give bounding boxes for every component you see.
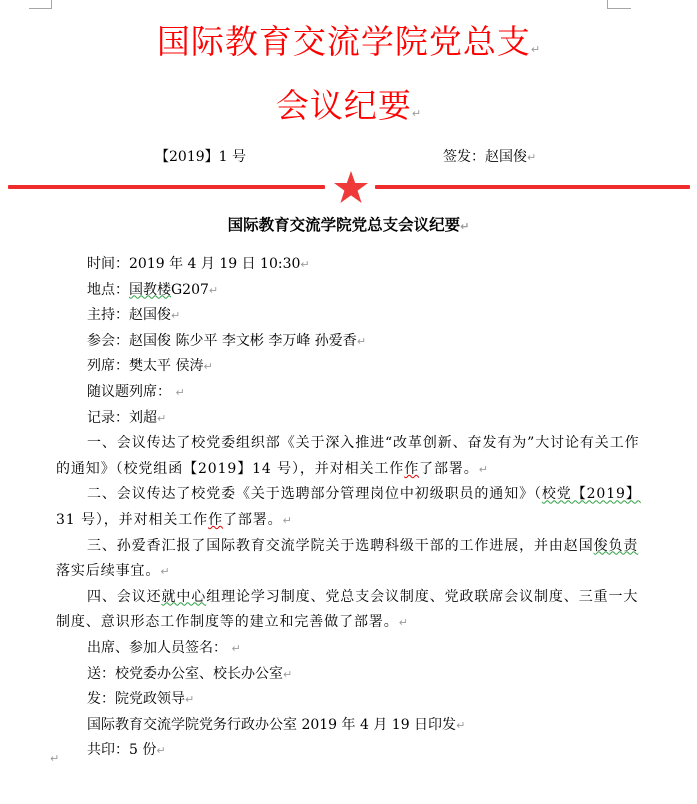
issuer: 签发：赵国俊↵ (443, 147, 536, 168)
page-corner-mark-left (29, 0, 52, 9)
paragraph-mark-icon: ↵ (203, 360, 212, 373)
item1-text-end: 了部署。 (419, 461, 479, 477)
item2-text-end: 了部署。 (223, 512, 283, 528)
red-rule-left (8, 185, 325, 189)
issuer-label: 签发： (443, 149, 485, 165)
paragraph-mark-icon: ↵ (171, 309, 180, 322)
paragraph-mark-icon: ↵ (357, 335, 366, 348)
paragraph-mark-icon: ↵ (283, 514, 292, 527)
meta-attendees: 参会：赵国俊 陈少平 李文彬 李万峰 孙爱香↵ (56, 329, 646, 355)
send-to-line: 送：校党委办公室、校长办公室↵ (56, 662, 646, 688)
item2-flagged-text: 校党【2019】 (542, 486, 641, 502)
item4-text: 四、会议还 (87, 589, 162, 605)
subtitle-text: 国际教育交流学院党总支会议纪要 (228, 215, 461, 234)
paragraph-mark-icon: ↵ (300, 258, 309, 271)
copies-line: 共印：5 份↵ (56, 738, 646, 764)
recorder-label: 记录： (87, 410, 129, 426)
document-number-row: 【2019】1 号 签发：赵国俊↵ (0, 147, 697, 167)
paragraph-mark-icon: ↵ (175, 386, 184, 399)
place-label: 地点： (87, 282, 129, 298)
issuer-name: 赵国俊 (485, 149, 527, 165)
distribute-line: 发：院党政领导↵ (56, 687, 646, 713)
paragraph-mark-icon: ↵ (209, 284, 218, 297)
paragraph-mark-icon: ↵ (527, 151, 536, 164)
topic-observers-label: 随议题列席： (87, 384, 171, 400)
paragraph-mark-icon: ↵ (50, 752, 59, 765)
paragraph-mark-icon: ↵ (157, 412, 166, 425)
issued-by-text: 国际教育交流学院党务行政办公室 2019 年 4 月 19 日印发 (87, 717, 456, 733)
host-value: 赵国俊 (129, 307, 171, 323)
paragraph-mark-icon: ↵ (456, 719, 465, 732)
distribute-text: 发：院党政领导 (87, 691, 185, 707)
place-value-building: 国教楼 (129, 282, 171, 298)
item2-text-mid: 31 号），并对相关工作 (56, 512, 208, 528)
issued-by-line: 国际教育交流学院党务行政办公室 2019 年 4 月 19 日印发↵ (56, 713, 646, 739)
paragraph-mark-icon: ↵ (231, 642, 240, 655)
meta-topic-observers: 随议题列席： ↵ (56, 380, 646, 406)
item2-flagged-text-2: 作 (208, 512, 223, 528)
document-body: 时间：2019 年 4 月 19 日 10:30↵ 地点：国教楼G207↵ 主持… (56, 252, 646, 764)
send-to-text: 送：校党委办公室、校长办公室 (87, 666, 283, 682)
paragraph-mark-icon: ↵ (185, 693, 194, 706)
item4-flagged-text: 就中心 (162, 589, 207, 605)
item1-flagged-text: 作 (404, 461, 419, 477)
paragraph-mark-icon: ↵ (399, 616, 408, 629)
attendees-value: 赵国俊 陈少平 李文彬 李万峰 孙爱香 (129, 333, 357, 349)
meta-host: 主持：赵国俊↵ (56, 303, 646, 329)
paragraph-mark-icon: ↵ (156, 744, 165, 757)
agenda-item-4: 四、会议还就中心组理论学习制度、党总支会议制度、党政联席会议制度、三重一大制度、… (56, 585, 646, 636)
item3-flagged-text: 俊负责 (594, 538, 639, 554)
red-rule-right (375, 185, 690, 189)
copies-text: 共印：5 份 (87, 742, 156, 758)
observers-label: 列席： (87, 358, 129, 374)
host-label: 主持： (87, 307, 129, 323)
signature-label: 出席、参加人员签名： (87, 640, 227, 656)
meta-recorder: 记录：刘超↵ (56, 406, 646, 432)
signature-line: 出席、参加人员签名： ↵ (56, 636, 646, 662)
agenda-item-1: 一、会议传达了校党委组织部《关于深入推进“改革创新、奋发有为”大讨论有关工作的通… (56, 431, 646, 482)
document-number: 【2019】1 号 (155, 147, 246, 167)
title-line1-text: 国际教育交流学院党总支 (157, 22, 531, 61)
document-title-line2: 会议纪要↵ (0, 86, 697, 134)
paragraph-mark-icon: ↵ (160, 565, 169, 578)
agenda-item-2: 二、会议传达了校党委《关于选聘部分管理岗位中初级职员的通知》（校党【2019】3… (56, 482, 646, 533)
place-value-room: G207 (171, 282, 209, 298)
meta-observers: 列席：樊太平 侯涛↵ (56, 354, 646, 380)
minutes-subtitle: 国际教育交流学院党总支会议纪要↵ (0, 214, 697, 238)
paragraph-mark-icon: ↵ (460, 220, 469, 233)
title-line2-text: 会议纪要 (276, 86, 412, 125)
item1-text: 一、会议传达了校党委组织部《关于深入推进“改革创新、奋发有为”大讨论有关工作的通… (56, 435, 640, 477)
recorder-value: 刘超 (129, 410, 157, 426)
item3-text-end: 落实后续事宜。 (56, 563, 160, 579)
meta-time: 时间：2019 年 4 月 19 日 10:30↵ (56, 252, 646, 278)
item2-text: 二、会议传达了校党委《关于选聘部分管理岗位中初级职员的通知》（ (87, 486, 542, 502)
observers-value: 樊太平 侯涛 (129, 358, 203, 374)
paragraph-mark-icon: ↵ (283, 668, 292, 681)
agenda-item-3: 三、孙爱香汇报了国际教育交流学院关于选聘科级干部的工作进展，并由赵国俊负责落实后… (56, 534, 646, 585)
attendees-label: 参会： (87, 333, 129, 349)
paragraph-mark-icon: ↵ (412, 107, 421, 120)
item3-text: 三、孙爱香汇报了国际教育交流学院关于选聘科级干部的工作进展，并由赵国 (87, 538, 594, 554)
document-title-line1: 国际教育交流学院党总支↵ (0, 22, 697, 70)
time-label: 时间： (87, 256, 129, 272)
paragraph-mark-icon: ↵ (479, 463, 488, 476)
page-corner-mark-right (607, 0, 631, 9)
time-value: 2019 年 4 月 19 日 10:30 (129, 256, 300, 272)
meta-place: 地点：国教楼G207↵ (56, 278, 646, 304)
paragraph-mark-icon: ↵ (531, 43, 540, 56)
red-star-icon (333, 170, 369, 204)
